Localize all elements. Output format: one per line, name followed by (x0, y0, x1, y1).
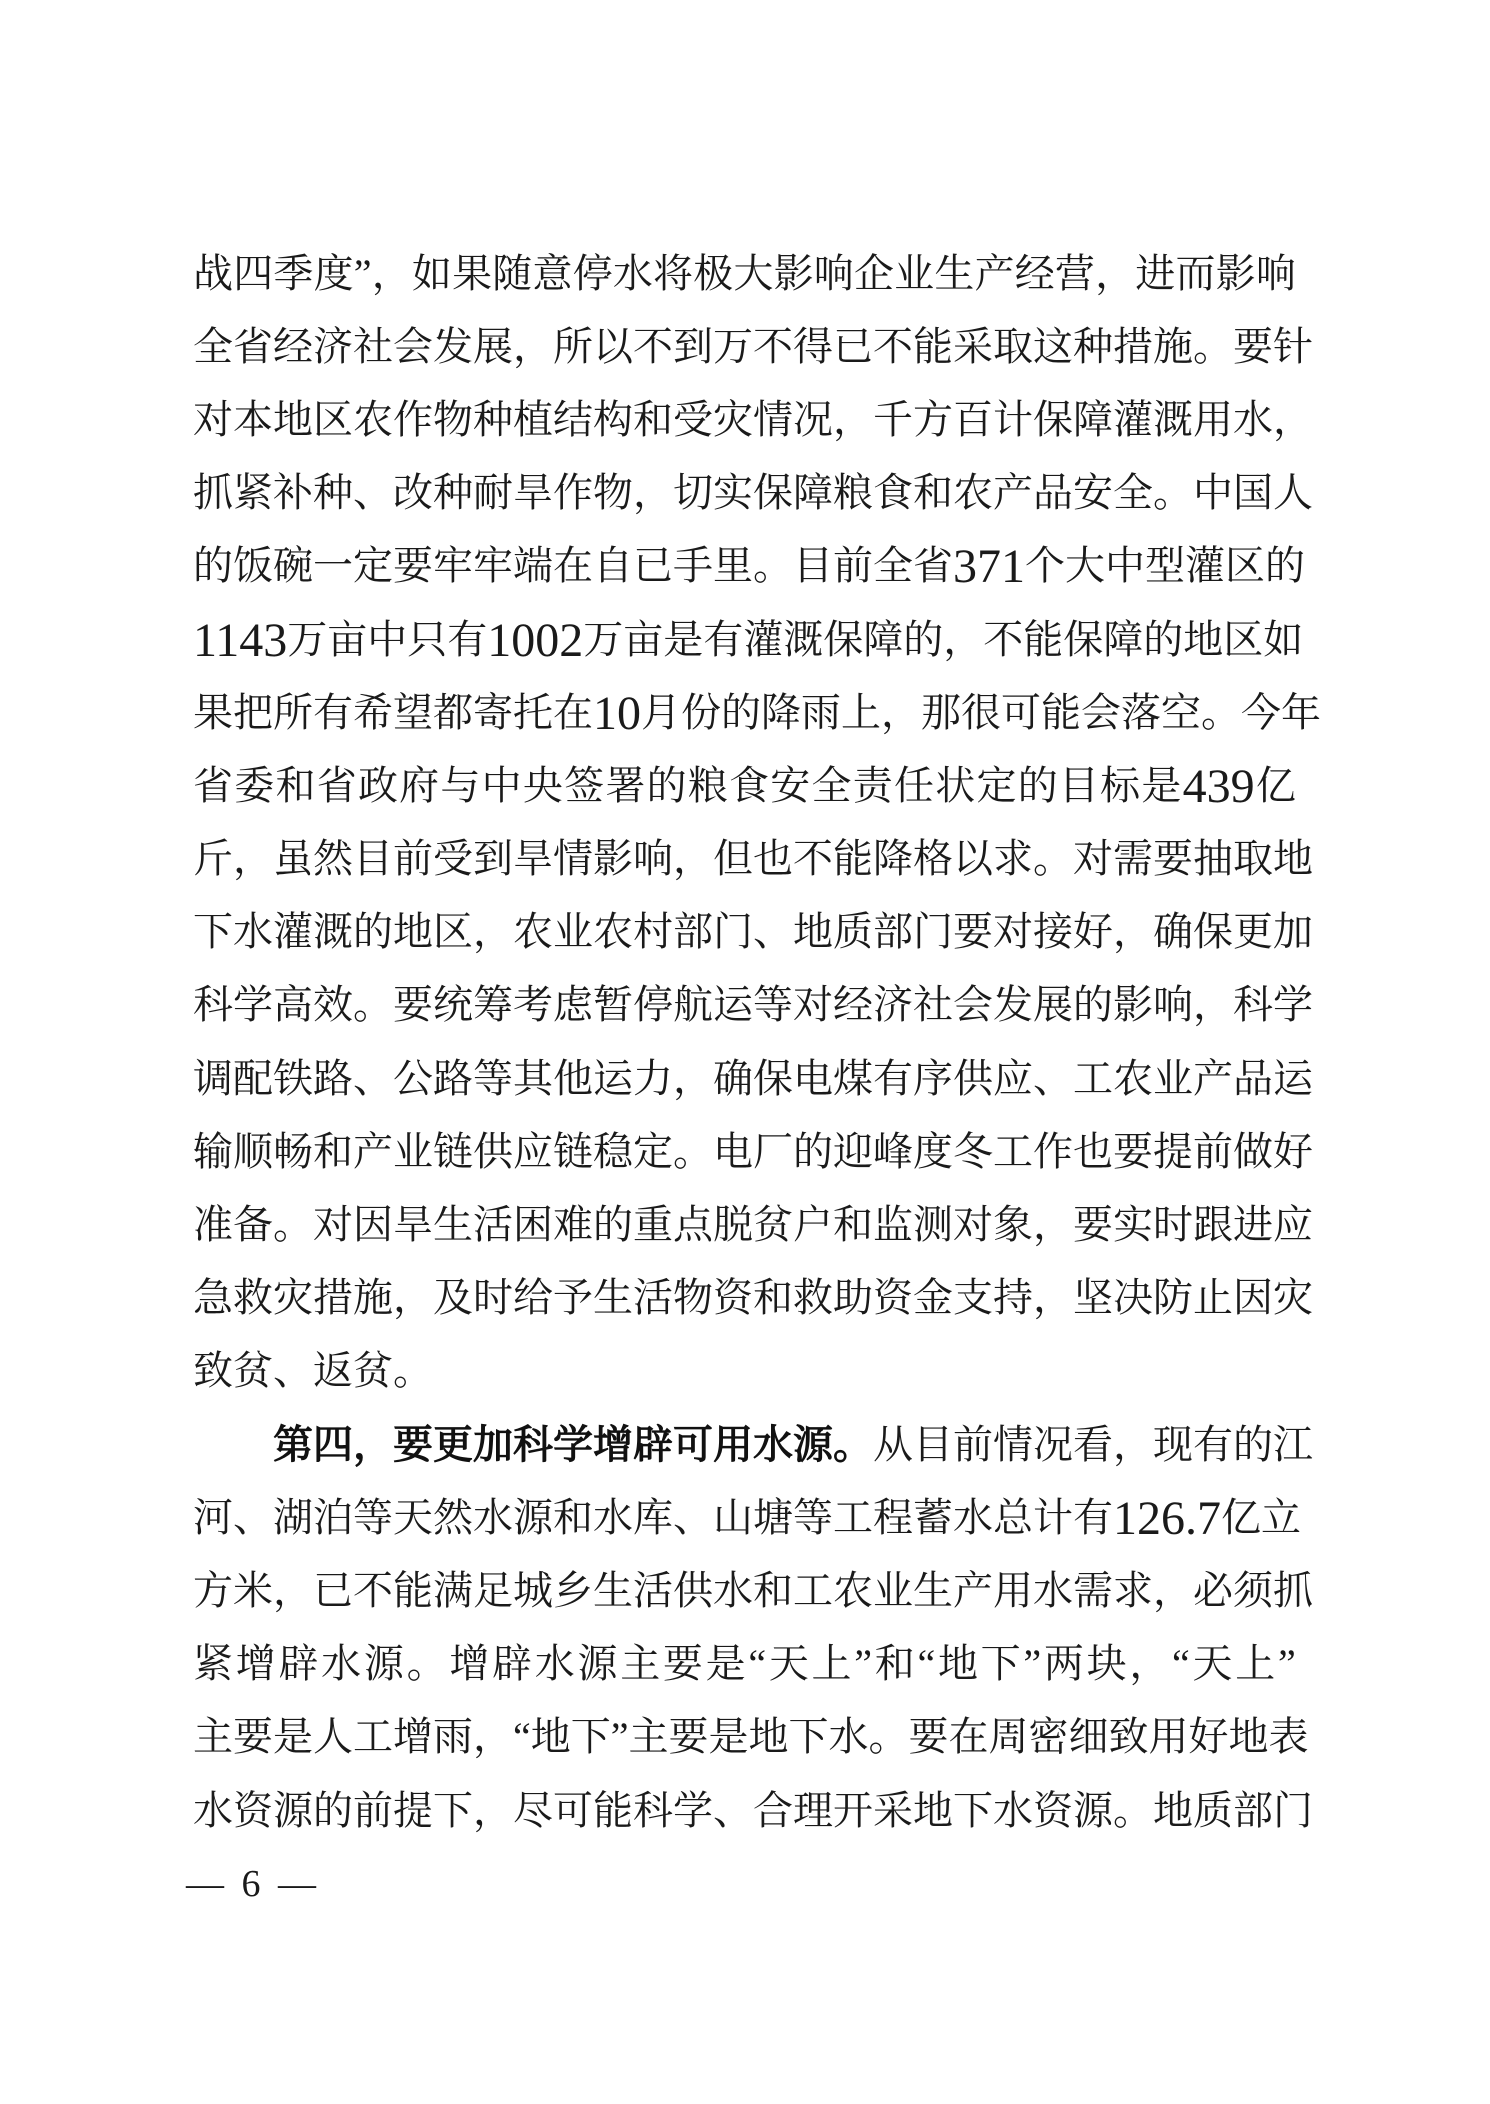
glyph: 对 (993, 912, 1033, 952)
glyph: 统 (433, 985, 473, 1025)
glyph: 水 (233, 912, 273, 952)
glyph: 响 (1256, 254, 1296, 294)
glyph: 旱 (513, 839, 553, 879)
glyph: 亿 (1256, 766, 1296, 806)
glyph: 。 (1153, 473, 1193, 513)
glyph: 贫 (753, 1205, 793, 1245)
glyph: 和 (633, 400, 673, 440)
glyph: 旱 (393, 1205, 433, 1245)
glyph: 随 (492, 254, 532, 294)
glyph: 江 (1273, 1425, 1313, 1465)
glyph: 困 (513, 1205, 553, 1245)
glyph: 的 (1018, 766, 1058, 806)
glyph: 望 (393, 693, 433, 733)
glyph: 金 (913, 1278, 953, 1318)
glyph: 和 (913, 473, 953, 513)
glyph: 迎 (833, 1132, 873, 1172)
glyph: 户 (793, 1205, 833, 1245)
glyph: 地 (913, 1791, 953, 1831)
glyph: 水 (1233, 400, 1273, 440)
glyph: 下 (789, 1717, 829, 1757)
glyph: 峰 (873, 1132, 913, 1172)
glyph: 把 (233, 693, 273, 733)
glyph: 上 (812, 1644, 852, 1684)
glyph: 水 (473, 1498, 513, 1538)
glyph: 的 (793, 1132, 833, 1172)
glyph: 能 (913, 327, 953, 367)
glyph: 时 (473, 1278, 513, 1318)
glyph: 的 (1143, 620, 1183, 660)
glyph: 年 (1281, 693, 1321, 733)
glyph: 科 (193, 985, 233, 1025)
glyph: 辟 (633, 1425, 673, 1465)
glyph: 做 (1233, 1132, 1273, 1172)
glyph: 前 (1193, 1132, 1233, 1172)
glyph: 到 (673, 327, 713, 367)
glyph: 取 (993, 327, 1033, 367)
glyph: 响 (633, 839, 673, 879)
glyph: 应 (1273, 1205, 1313, 1245)
glyph: 因 (353, 1205, 393, 1245)
glyph: 门 (913, 912, 953, 952)
glyph: 生 (934, 254, 974, 294)
glyph: 定 (353, 546, 393, 586)
glyph: 济 (873, 985, 913, 1025)
glyph: 合 (753, 1791, 793, 1831)
glyph: 品 (1033, 473, 1073, 513)
glyph: 饭 (233, 546, 273, 586)
glyph: 上 (1235, 1644, 1275, 1684)
glyph: 源 (1073, 1791, 1113, 1831)
glyph: ” (854, 1644, 872, 1684)
glyph: ， (372, 254, 412, 294)
glyph: 受 (433, 839, 473, 879)
glyph: 所 (553, 327, 593, 367)
glyph: 确 (1153, 912, 1193, 952)
glyph: 给 (513, 1278, 553, 1318)
glyph: 方 (193, 1571, 233, 1611)
glyph: 紧 (233, 473, 273, 513)
text-line: 省委和省政府与中央签署的粮食安全责任状定的目标是439亿 (193, 749, 1296, 822)
glyph: ， (513, 327, 553, 367)
glyph: 济 (313, 327, 353, 367)
glyph: 全 (1113, 473, 1153, 513)
glyph: 冬 (953, 1132, 993, 1172)
glyph: ， (1095, 254, 1135, 294)
glyph: 须 (1233, 1571, 1273, 1611)
glyph: 水 (829, 1717, 869, 1757)
glyph: “ (1172, 1644, 1190, 1684)
glyph: 保 (823, 620, 863, 660)
glyph: 、 (713, 1791, 753, 1831)
glyph: 要 (953, 912, 993, 952)
glyph: 降 (761, 693, 801, 733)
glyph: 源 (273, 1791, 313, 1831)
glyph: 好 (1273, 1132, 1313, 1172)
glyph: 准 (193, 1205, 233, 1245)
glyph: 保 (1033, 400, 1073, 440)
glyph: 、 (353, 1059, 393, 1099)
glyph: 度 (314, 254, 354, 294)
glyph: 地 (393, 912, 433, 952)
glyph: 得 (793, 327, 833, 367)
glyph: 辟 (492, 1644, 532, 1684)
glyph: 降 (873, 839, 913, 879)
glyph: 响 (814, 254, 854, 294)
glyph: 不 (753, 327, 793, 367)
glyph: 电 (793, 1059, 833, 1099)
glyph: 开 (833, 1791, 873, 1831)
glyph: 致 (193, 1351, 233, 1391)
glyph: 贫 (353, 1351, 393, 1391)
glyph: 求 (993, 839, 1033, 879)
glyph: 省 (317, 766, 357, 806)
glyph: 四 (313, 1425, 353, 1465)
glyph: 也 (753, 839, 793, 879)
glyph: 水 (753, 1425, 793, 1465)
glyph: 作 (1033, 1132, 1073, 1172)
glyph: 然 (313, 839, 353, 879)
glyph: 。 (1193, 327, 1233, 367)
glyph: 资 (713, 1278, 753, 1318)
glyph: 空 (1161, 693, 1201, 733)
glyph: 学 (553, 1425, 593, 1465)
glyph: 泊 (313, 1498, 353, 1538)
glyph: 决 (1113, 1278, 1153, 1318)
glyph: 灌 (743, 620, 783, 660)
glyph: ” (1023, 1644, 1041, 1684)
glyph: 全 (812, 766, 852, 806)
glyph: 粮 (688, 766, 728, 806)
glyph: 经 (833, 985, 873, 1025)
glyph: 今 (1241, 693, 1281, 733)
glyph: 。 (273, 1205, 313, 1245)
glyph: 灌 (273, 912, 313, 952)
glyph: 障 (1103, 620, 1143, 660)
glyph: 质 (833, 912, 873, 952)
glyph: 有 (1073, 1498, 1113, 1538)
glyph: 足 (473, 1571, 513, 1611)
glyph: 蓄 (913, 1498, 953, 1538)
glyph: 计 (1033, 1498, 1073, 1538)
glyph: 已 (833, 327, 873, 367)
glyph: 所 (273, 693, 313, 733)
glyph: 前 (833, 546, 873, 586)
glyph: 极 (693, 254, 733, 294)
glyph: 地 (1153, 1791, 1193, 1831)
glyph: 能 (593, 1791, 633, 1831)
glyph: 助 (833, 1278, 873, 1318)
glyph: 将 (653, 254, 693, 294)
glyph: 停 (633, 985, 673, 1025)
glyph: 万 (713, 327, 753, 367)
glyph: 块 (1087, 1644, 1127, 1684)
glyph: 供 (473, 1132, 513, 1172)
glyph: 障 (863, 620, 903, 660)
glyph: 脱 (713, 1205, 753, 1245)
glyph: 要 (233, 1717, 273, 1757)
glyph: 不 (633, 327, 673, 367)
glyph: 停 (573, 254, 613, 294)
glyph: 牢 (473, 546, 513, 586)
glyph: 只 (407, 620, 447, 660)
glyph: 实 (1113, 1205, 1153, 1245)
glyph: ， (673, 1059, 713, 1099)
glyph: 增 (593, 1425, 633, 1465)
glyph: ， (473, 1791, 513, 1831)
glyph: 要 (1233, 327, 1273, 367)
glyph: 产 (1193, 1059, 1233, 1099)
glyph: 落 (1121, 693, 1161, 733)
glyph: 致 (1109, 1717, 1149, 1757)
document-page: 战四季度”，如果随意停水将极大影响企业生产经营，进而影响全省经济社会发展，所以不… (0, 0, 1490, 2104)
glyph: 自 (593, 546, 633, 586)
text-line: 输顺畅和产业链供应链稳定。电厂的迎峰度冬工作也要提前做好 (193, 1115, 1296, 1188)
glyph: 地 (1273, 839, 1313, 879)
glyph: 农 (513, 912, 553, 952)
glyph: 资 (873, 1278, 913, 1318)
glyph: 那 (921, 693, 961, 733)
glyph: 学 (673, 1791, 713, 1831)
glyph: 区 (1225, 546, 1265, 586)
glyph: 这 (1033, 327, 1073, 367)
glyph: 份 (681, 693, 721, 733)
glyph: 顺 (233, 1132, 273, 1172)
glyph: 、 (233, 1498, 273, 1538)
glyph: 下 (571, 1717, 611, 1757)
glyph: 实 (713, 473, 753, 513)
glyph: 能 (393, 1571, 433, 1611)
glyph: 、 (1033, 1059, 1073, 1099)
glyph: 四 (233, 254, 273, 294)
glyph: 好 (1189, 1717, 1229, 1757)
glyph: 溉 (313, 912, 353, 952)
glyph: 水 (193, 1791, 233, 1831)
glyph: 塘 (753, 1498, 793, 1538)
glyph: 手 (673, 546, 713, 586)
glyph: 里 (713, 546, 753, 586)
glyph: 活 (633, 1278, 673, 1318)
glyph: 以 (593, 327, 633, 367)
glyph: 好 (1073, 912, 1113, 952)
glyph: 急 (193, 1278, 233, 1318)
glyph: ， (1113, 912, 1153, 952)
glyph: 水 (593, 1498, 633, 1538)
glyph: 和 (753, 1571, 793, 1611)
text-line: 水资源的前提下，尽可能科学、合理开采地下水资源。地质部门 (193, 1774, 1296, 1847)
text-line: 对本地区农作物种植结构和受灾情况，千方百计保障灌溉用水， (193, 383, 1296, 456)
glyph: ， (473, 1717, 513, 1757)
glyph: 水 (993, 1791, 1033, 1831)
glyph: 稳 (593, 1132, 633, 1172)
glyph: 省 (913, 546, 953, 586)
glyph: 路 (313, 1059, 353, 1099)
glyph: ， (1273, 400, 1313, 440)
glyph: 植 (513, 400, 553, 440)
glyph: 安 (770, 766, 810, 806)
glyph: 接 (1033, 912, 1073, 952)
glyph: 寄 (473, 693, 513, 733)
glyph: 物 (433, 400, 473, 440)
glyph: 是 (663, 620, 703, 660)
glyph: 现 (1153, 1425, 1193, 1465)
glyph: 是 (1141, 766, 1181, 806)
glyph: 灾 (713, 400, 753, 440)
glyph: 下 (981, 1644, 1021, 1684)
glyph: 的 (593, 1205, 633, 1245)
glyph: 中 (367, 620, 407, 660)
glyph: 亿 (1221, 1498, 1261, 1538)
glyph: 铁 (273, 1059, 313, 1099)
glyph: 和 (833, 1205, 873, 1245)
glyph: 生 (433, 1205, 473, 1245)
glyph: 能 (833, 839, 873, 879)
glyph: 可 (1001, 693, 1041, 733)
glyph: 在 (553, 546, 593, 586)
glyph: 政 (358, 766, 398, 806)
glyph: 门 (1273, 1791, 1313, 1831)
glyph: 格 (913, 839, 953, 879)
glyph: 点 (673, 1205, 713, 1245)
glyph: 施 (1153, 327, 1193, 367)
glyph: 切 (673, 473, 713, 513)
text-line: 致贫、返贫。 (193, 1335, 1296, 1408)
glyph: 要 (909, 1717, 949, 1757)
glyph: 的 (353, 912, 393, 952)
glyph: 工 (1073, 1059, 1113, 1099)
glyph: 耐 (473, 473, 513, 513)
glyph: 也 (1073, 1132, 1113, 1172)
glyph: 定 (633, 1132, 673, 1172)
glyph: 部 (673, 912, 713, 952)
glyph: 经 (1015, 254, 1055, 294)
glyph: 前 (953, 1425, 993, 1465)
glyph: 会 (1081, 693, 1121, 733)
glyph: 用 (993, 1571, 1033, 1611)
glyph: 与 (440, 766, 480, 806)
glyph: 农 (953, 473, 993, 513)
glyph: 意 (532, 254, 572, 294)
glyph: ， (1033, 1205, 1073, 1245)
glyph: ” (354, 254, 372, 294)
glyph: 已 (633, 546, 673, 586)
glyph: 更 (433, 1425, 473, 1465)
glyph: 农 (1113, 1059, 1153, 1099)
glyph: 省 (233, 327, 273, 367)
glyph: 的 (1265, 546, 1305, 586)
glyph: 考 (513, 985, 553, 1025)
glyph: 测 (913, 1205, 953, 1245)
glyph: 调 (193, 1059, 233, 1099)
glyph: ” (1278, 1644, 1296, 1684)
glyph: 。 (1201, 693, 1241, 733)
glyph: 增 (236, 1644, 276, 1684)
glyph: 加 (473, 1425, 513, 1465)
glyph: “ (917, 1644, 935, 1684)
glyph: 水 (953, 1498, 993, 1538)
glyph: 会 (393, 327, 433, 367)
glyph: 电 (713, 1132, 753, 1172)
glyph: ， (393, 1278, 433, 1318)
glyph: 山 (713, 1498, 753, 1538)
glyph: 物 (673, 1278, 713, 1318)
glyph: 是 (706, 1644, 746, 1684)
glyph: 产 (953, 1571, 993, 1611)
glyph: 农 (353, 400, 393, 440)
glyph: 、 (273, 1351, 313, 1391)
glyph: 保 (753, 1059, 793, 1099)
glyph: ， (1129, 1644, 1169, 1684)
glyph: 部 (873, 912, 913, 952)
text-line: 抓紧补种、改种耐旱作物，切实保障粮食和农产品安全。中国人 (193, 457, 1296, 530)
glyph: ， (473, 912, 513, 952)
glyph: 一 (313, 546, 353, 586)
glyph: 责 (853, 766, 893, 806)
glyph: 可 (673, 1425, 713, 1465)
glyph: 运 (593, 1059, 633, 1099)
glyph: 细 (1069, 1717, 1109, 1757)
glyph: 必 (1193, 1571, 1233, 1611)
glyph: 有 (447, 620, 487, 660)
glyph: “ (748, 1644, 766, 1684)
glyph: 地 (531, 1717, 571, 1757)
glyph: 需 (1073, 1571, 1113, 1611)
glyph: 情 (553, 839, 593, 879)
glyph: 标 (1100, 766, 1140, 806)
glyph: 难 (553, 1205, 593, 1245)
glyph: 会 (953, 985, 993, 1025)
glyph: 抓 (193, 473, 233, 513)
glyph: 对 (953, 1205, 993, 1245)
glyph: 尽 (513, 1791, 553, 1831)
glyph: 前 (353, 1791, 393, 1831)
glyph: 果 (193, 693, 233, 733)
glyph: “ (513, 1717, 531, 1757)
glyph: 的 (313, 1791, 353, 1831)
glyph: 农 (593, 912, 633, 952)
glyph: 生 (593, 1278, 633, 1318)
glyph: 中 (482, 766, 522, 806)
glyph: 粮 (833, 473, 873, 513)
glyph: 计 (993, 400, 1033, 440)
glyph: 的 (647, 766, 687, 806)
glyph: 全 (873, 546, 913, 586)
glyph: 防 (1153, 1278, 1193, 1318)
glyph: 农 (833, 1571, 873, 1611)
glyph: 学 (233, 985, 273, 1025)
glyph: 地 (793, 912, 833, 952)
glyph: 效 (313, 985, 353, 1025)
glyph: 予 (553, 1278, 593, 1318)
glyph: 在 (949, 1717, 989, 1757)
glyph: 情 (753, 400, 793, 440)
glyph: 链 (433, 1132, 473, 1172)
glyph: 企 (854, 254, 894, 294)
glyph: 路 (433, 1059, 473, 1099)
glyph: ， (233, 839, 273, 879)
glyph: 等 (473, 1059, 513, 1099)
glyph: 工 (793, 1571, 833, 1611)
glyph: 改 (393, 473, 433, 513)
glyph: 上 (841, 693, 881, 733)
glyph: 要 (669, 1717, 709, 1757)
text-line: 方米，已不能满足城乡生活供水和工农业生产用水需求，必须抓 (193, 1554, 1296, 1627)
glyph: 很 (961, 693, 1001, 733)
glyph: 。 (673, 1132, 713, 1172)
glyph: 等 (793, 1498, 833, 1538)
glyph: 府 (399, 766, 439, 806)
glyph: 业 (873, 1571, 913, 1611)
